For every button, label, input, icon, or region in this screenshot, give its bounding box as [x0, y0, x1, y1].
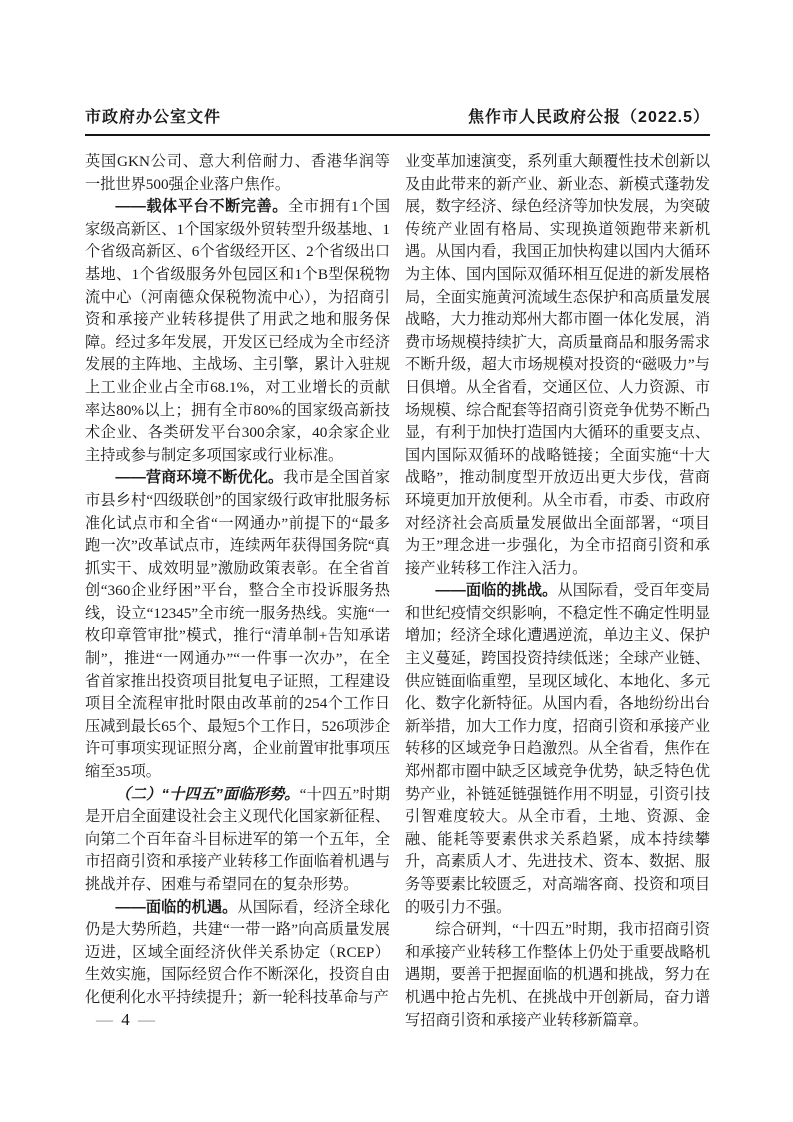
two-column-body: 英国GKN公司、意大利倍耐力、香港华润等一批世界500强企业落户焦作。 ——载体…	[85, 151, 710, 1032]
paragraph-text: 综合研判，“十四五”时期，我市招商引资和承接产业转移工作整体上仍处于重要战略机遇…	[405, 921, 710, 1028]
para-continuation-top-left: 英国GKN公司、意大利倍耐力、香港华润等一批世界500强企业落户焦作。	[85, 151, 390, 196]
document-page: 市政府办公室文件 焦作市人民政府公报（2022.5） 英国GKN公司、意大利倍耐…	[0, 0, 793, 1122]
right-column: 业变革加速演变，系列重大颠覆性技术创新以及由此带来的新产业、新业态、新模式蓬勃发…	[405, 151, 710, 1032]
paragraph-lead: ——营商环境不断优化。	[115, 469, 283, 486]
para-comprehensive-judgment: 综合研判，“十四五”时期，我市招商引资和承接产业转移工作整体上仍处于重要战略机遇…	[405, 919, 710, 1032]
header-rule	[85, 134, 710, 136]
paragraph-text: 我市是全国首家市县乡村“四级联创”的国家级行政审批服务标准化试点市和全省“一网通…	[85, 469, 390, 780]
para-opportunities: ——面临的机遇。从国际看，经济全球化仍是大势所趋，共建“一带一路”向高质量发展迈…	[85, 897, 390, 1010]
paragraph-lead: ——面临的机遇。	[115, 899, 237, 916]
page-number: 4	[121, 1010, 132, 1029]
section-heading: （二）“十四五”面临形势。	[115, 786, 299, 803]
paragraph-text: 英国GKN公司、意大利倍耐力、香港华润等一批世界500强企业落户焦作。	[85, 153, 390, 193]
paragraph-text: 从国际看，受百年变局和世纪疫情交织影响，不稳定性不确定性明显增加；经济全球化遭遇…	[405, 582, 710, 915]
page-number-left-dash: —	[96, 1010, 115, 1029]
page-number-right-dash: —	[138, 1010, 157, 1029]
para-challenges: ——面临的挑战。从国际看，受百年变局和世纪疫情交织影响，不稳定性不确定性明显增加…	[405, 580, 710, 919]
paragraph-lead: ——载体平台不断完善。	[115, 198, 288, 215]
header-right-title: 焦作市人民政府公报（2022.5）	[468, 104, 710, 127]
para-opportunities-continuation: 业变革加速演变，系列重大颠覆性技术创新以及由此带来的新产业、新业态、新模式蓬勃发…	[405, 151, 710, 580]
paragraph-text: 全市拥有1个国家级高新区、1个国家级外贸转型升级基地、1个省级高新区、6个省级经…	[85, 198, 390, 464]
paragraph-text: 业变革加速演变，系列重大颠覆性技术创新以及由此带来的新产业、新业态、新模式蓬勃发…	[405, 153, 710, 577]
header-left-title: 市政府办公室文件	[85, 104, 221, 127]
para-145-situation: （二）“十四五”面临形势。“十四五”时期是开启全面建设社会主义现代化国家新征程、…	[85, 784, 390, 897]
left-column: 英国GKN公司、意大利倍耐力、香港华润等一批世界500强企业落户焦作。 ——载体…	[85, 151, 390, 1032]
page-header: 市政府办公室文件 焦作市人民政府公报（2022.5）	[85, 104, 710, 127]
paragraph-lead: ——面临的挑战。	[435, 582, 557, 599]
page-footer: — 4 —	[96, 1010, 157, 1030]
para-business-environment: ——营商环境不断优化。我市是全国首家市县乡村“四级联创”的国家级行政审批服务标准…	[85, 467, 390, 783]
para-carrier-platform: ——载体平台不断完善。全市拥有1个国家级高新区、1个国家级外贸转型升级基地、1个…	[85, 196, 390, 467]
